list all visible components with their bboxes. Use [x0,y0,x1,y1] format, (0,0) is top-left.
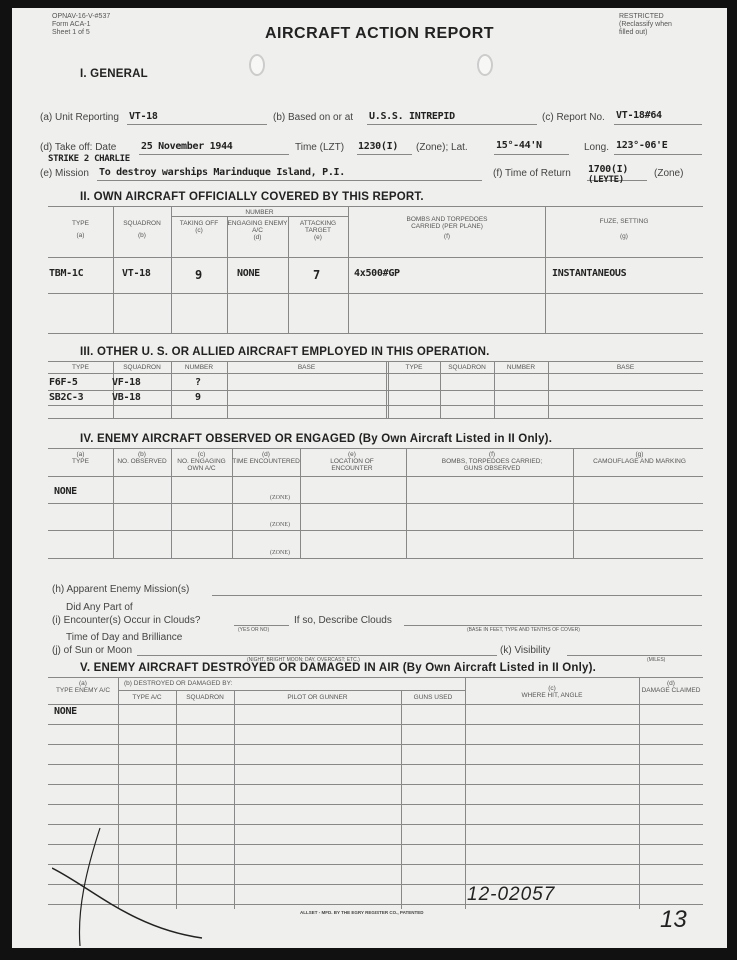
return-zone-label: (Zone) [654,168,683,179]
page-number: 13 [660,906,687,934]
col-type-header: TYPE(a) [48,220,113,239]
report-no-value[interactable]: VT-18#64 [616,110,662,121]
enemy-col-type: (a)TYPE [48,451,113,465]
other-col-squadron: SQUADRON [113,364,171,371]
return-value-location: (LEYTE) [588,175,624,185]
describe-clouds-hint: (BASE IN FEET, TYPE AND TENTHS OF COVER) [467,627,580,633]
destroyed-col-guns: GUNS USED [401,694,465,701]
other-col-number: NUMBER [171,364,227,371]
destroyed-col-type: TYPE A/C [118,694,176,701]
brilliance-line1: Time of Day and Brilliance [66,632,182,643]
takeoff-date-label: (d) Take off: Date [40,142,116,153]
other-col-base-2: BASE [548,364,703,371]
classification: RESTRICTED (Reclassify when filled out) [619,13,672,37]
col-number-header: NUMBER [171,209,348,216]
enemy-col-bombs: (f)BOMBS, TORPEDOES CARRIED; GUNS OBSERV… [432,451,552,472]
destroyed-col-squadron: SQUADRON [176,694,234,701]
own-fuze[interactable]: INSTANTANEOUS [552,268,626,279]
handwritten-x-mark [52,808,212,948]
own-taking-off[interactable]: 9 [195,268,202,282]
return-value[interactable]: 1700(I) [588,164,628,175]
page-title: AIRCRAFT ACTION REPORT [265,25,494,43]
mission-value[interactable]: To destroy warships Marinduque Island, P… [99,167,345,178]
destroyed-by-header: (b) DESTROYED OR DAMAGED BY: [124,680,232,687]
other-number[interactable]: 9 [195,392,201,403]
brilliance-label: (j) of Sun or Moon [52,645,132,656]
enemy-col-observed: (b)NO. OBSERVED [113,451,171,465]
col-squadron-header: SQUADRON(b) [113,220,171,239]
report-page: OPNAV-16-V-#537 Form ACA-1 Sheet 1 of 5 … [12,8,727,948]
takeoff-date-value[interactable]: 25 November 1944 [141,141,233,152]
own-attacking[interactable]: 7 [313,268,320,282]
col-bombs-header: BOMBS AND TORPEDOES CARRIED (PER PLANE)(… [392,216,502,240]
col-fuze-header: FUZE, SETTING(g) [545,218,703,240]
other-squadron[interactable]: VB-18 [112,392,141,403]
ruled-line [48,804,703,805]
long-value[interactable]: 123°-06'E [616,140,668,151]
form-ref-line: Sheet 1 of 5 [52,29,110,37]
other-col-number-2: NUMBER [494,364,548,371]
section-general-heading: I. GENERAL [80,68,148,80]
unit-label: (a) Unit Reporting [40,112,119,123]
clouds-question-label: (i) Encounter(s) Occur in Clouds? [52,615,200,626]
apparent-mission-label: (h) Apparent Enemy Mission(s) [52,584,189,595]
form-ref-line: OPNAV-16-V-#537 [52,13,110,21]
unit-value[interactable]: VT-18 [129,111,158,122]
destroyed-col-damage: (d)DAMAGE CLAIMED [639,680,703,694]
destroyed-col-type-enemy: (a)TYPE ENEMY A/C [48,680,118,694]
return-label: (f) Time of Return [493,168,571,179]
visibility-label: (k) Visibility [500,645,550,656]
own-squadron[interactable]: VT-18 [122,268,151,279]
other-col-base: BASE [227,364,386,371]
enemy-col-time: (d)TIME ENCOUNTERED [232,451,300,465]
section-own-aircraft-heading: II. OWN AIRCRAFT OFFICIALLY COVERED BY T… [80,191,424,203]
destroyed-type-value[interactable]: NONE [54,706,77,717]
form-ref-line: Form ACA-1 [52,21,110,29]
time-lzt-value[interactable]: 1230(I) [358,141,398,152]
destroyed-col-pilot: PILOT OR GUNNER [234,694,401,701]
classification-line: filled out) [619,29,672,37]
clouds-question-line1: Did Any Part of [66,602,133,613]
report-no-label: (c) Report No. [542,112,605,123]
based-value[interactable]: U.S.S. INTREPID [369,111,455,122]
col-attacking-header: ATTACKING TARGET(e) [288,220,348,241]
ruled-line [48,764,703,765]
other-number[interactable]: ? [195,377,201,388]
clouds-hint: (YES OR NO) [238,627,269,633]
enemy-col-engaging: (c)NO. ENGAGING OWN A/C [171,451,232,472]
zone-label: (ZONE) [270,522,290,528]
punch-hole [249,54,265,76]
col-engaging-header: ENGAGING ENEMY A/C(d) [227,220,288,241]
enemy-col-location: (e)LOCATION OF ENCOUNTER [312,451,392,472]
based-label: (b) Based on or at [273,112,353,123]
strike-note: STRIKE 2 CHARLIE [48,154,130,164]
enemy-col-camouflage: (g)CAMOUFLAGE AND MARKING [592,451,687,465]
mission-label: (e) Mission [40,168,89,179]
handwritten-id: 12-02057 [467,884,555,906]
enemy-observed-type[interactable]: NONE [54,486,77,497]
form-reference: OPNAV-16-V-#537 Form ACA-1 Sheet 1 of 5 [52,13,110,37]
lat-value[interactable]: 15°-44'N [496,140,542,151]
own-engaging[interactable]: NONE [237,268,260,279]
own-bombs[interactable]: 4x500#GP [354,268,400,279]
other-type[interactable]: F6F-5 [49,377,78,388]
section-destroyed-heading: V. ENEMY AIRCRAFT DESTROYED OR DAMAGED I… [80,662,596,674]
other-col-type: TYPE [48,364,113,371]
ruled-line [48,724,703,725]
zone-label: (ZONE) [270,495,290,501]
zone-label: (ZONE) [270,550,290,556]
own-type[interactable]: TBM-1C [49,268,83,279]
other-type[interactable]: SB2C-3 [49,392,83,403]
other-col-type-2: TYPE [388,364,440,371]
ruled-line [48,744,703,745]
printer-imprint: ALLSET - MFD. BY THE EGRY REGISTER CO., … [300,910,424,915]
section-enemy-observed-heading: IV. ENEMY AIRCRAFT OBSERVED OR ENGAGED (… [80,433,552,445]
classification-line: RESTRICTED [619,13,672,21]
punch-hole [477,54,493,76]
time-lzt-label: Time (LZT) [295,142,344,153]
other-col-squadron-2: SQUADRON [440,364,494,371]
long-label: Long. [584,142,609,153]
zone-lat-label: (Zone); Lat. [416,142,468,153]
describe-clouds-label: If so, Describe Clouds [294,615,392,626]
ruled-line [48,784,703,785]
visibility-hint: (MILES) [647,657,665,663]
other-squadron[interactable]: VF-18 [112,377,141,388]
classification-line: (Reclassify when [619,21,672,29]
destroyed-col-where-hit: (c)WHERE HIT, ANGLE [465,685,639,699]
col-taking-off-header: TAKING OFF(c) [171,220,227,234]
section-other-aircraft-heading: III. OTHER U. S. OR ALLIED AIRCRAFT EMPL… [80,346,490,358]
